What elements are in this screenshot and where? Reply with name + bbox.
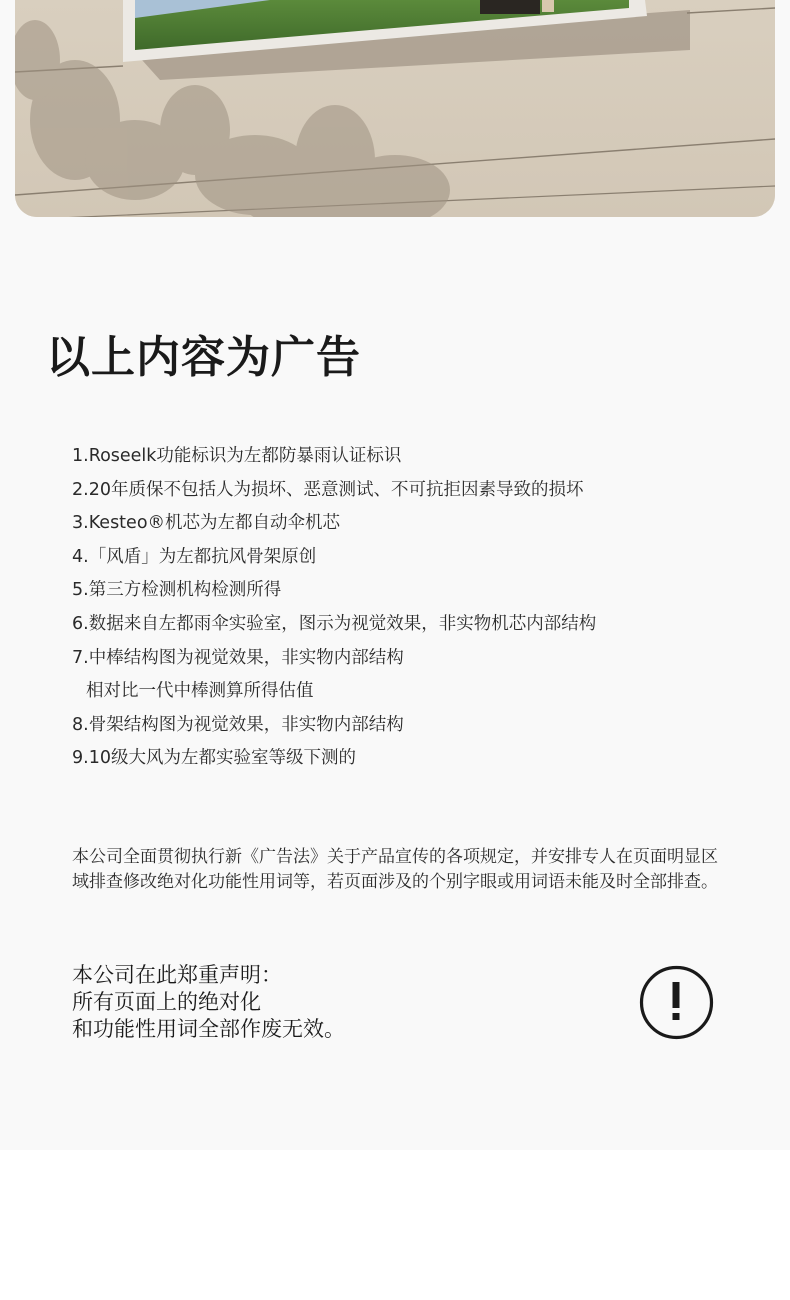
footnote-item: 6.数据来自左都雨伞实验室，图示为视觉效果，非实物机芯内部结构 xyxy=(72,608,596,642)
disclaimer-page: 以上内容为广告 1.Roseelk功能标识为左都防暴雨认证标识 2.20年质保不… xyxy=(0,0,790,1150)
advertising-law-statement: 本公司全面贯彻执行新《广告法》关于产品宣传的各项规定，并安排专人在页面明显区域排… xyxy=(72,845,727,895)
declaration-line: 所有页面上的绝对化 xyxy=(72,989,345,1016)
footnote-item: 2.20年质保不包括人为损坏、恶意测试、不可抗拒因素导致的损坏 xyxy=(72,474,596,508)
exclamation-circle-icon xyxy=(639,965,714,1040)
footnote-item: 5.第三方检测机构检测所得 xyxy=(72,574,596,608)
footnote-item: 1.Roseelk功能标识为左都防暴雨认证标识 xyxy=(72,440,596,474)
footnote-item: 9.10级大风为左都实验室等级下测的 xyxy=(72,742,596,776)
footnote-item-continuation: 相对比一代中棒测算所得估值 xyxy=(72,675,596,709)
declaration: 本公司在此郑重声明： 所有页面上的绝对化 和功能性用词全部作废无效。 xyxy=(72,962,345,1043)
footnote-item: 4.「风盾」为左都抗风骨架原创 xyxy=(72,541,596,575)
footnote-list: 1.Roseelk功能标识为左都防暴雨认证标识 2.20年质保不包括人为损坏、恶… xyxy=(72,440,596,776)
declaration-line: 本公司在此郑重声明： xyxy=(72,962,345,989)
page-title: 以上内容为广告 xyxy=(46,328,361,388)
hero-photo xyxy=(15,0,775,217)
footnote-item: 8.骨架结构图为视觉效果，非实物内部结构 xyxy=(72,709,596,743)
declaration-line: 和功能性用词全部作废无效。 xyxy=(72,1016,345,1043)
footnote-item: 7.中棒结构图为视觉效果，非实物内部结构 xyxy=(72,642,596,676)
footnote-item: 3.Kesteo®机芯为左都自动伞机芯 xyxy=(72,507,596,541)
